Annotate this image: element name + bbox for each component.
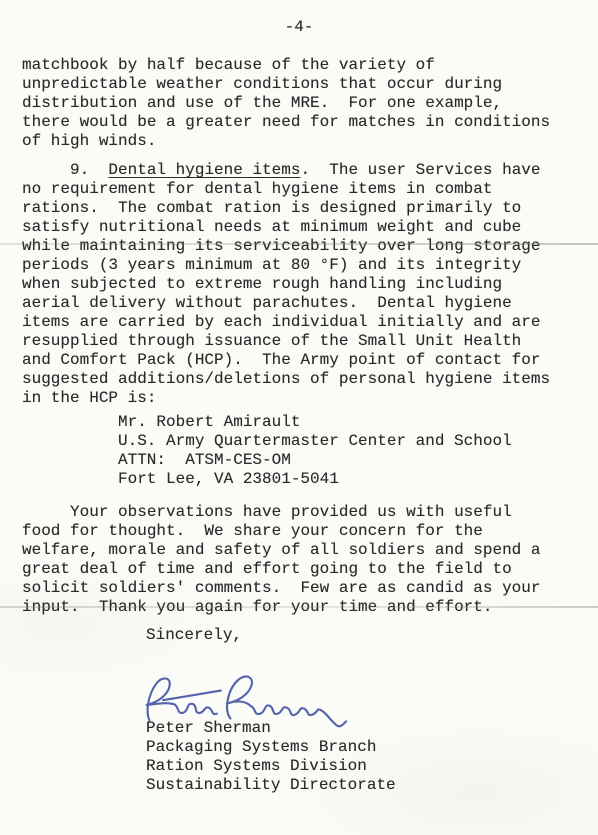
text-line: rations. The combat ration is designed p… [22,199,582,218]
text-line: aerial delivery without parachutes. Dent… [22,294,582,313]
text-line: when subjected to extreme rough handling… [22,275,582,294]
paragraph-dental-hygiene: 9. Dental hygiene items. The user Servic… [22,161,582,408]
paragraph-matchbook: matchbook by half because of the variety… [22,56,582,151]
item-number: 9. [22,161,108,179]
text-line: resupplied through issuance of the Small… [22,332,582,351]
text-line: of high winds. [22,132,582,151]
text-line: Your observations have provided us with … [22,503,582,522]
signer-directorate: Sustainability Directorate [146,776,396,795]
page-number: -4- [0,18,598,37]
contact-address-block: Mr. Robert Amirault U.S. Army Quartermas… [118,413,582,489]
contact-attn: ATTN: ATSM-CES-OM [118,451,582,470]
text-line: in the HCP is: [22,389,582,408]
signature-handwriting [136,670,348,740]
signer-branch: Packaging Systems Branch [146,738,396,757]
text-line: no requirement for dental hygiene items … [22,180,582,199]
contact-city-state-zip: Fort Lee, VA 23801-5041 [118,470,582,489]
text-line: food for thought. We share your concern … [22,522,582,541]
contact-organization: U.S. Army Quartermaster Center and Schoo… [118,432,582,451]
paragraph-closing: Your observations have provided us with … [22,503,582,617]
underlined-heading: Dental hygiene items [108,161,300,179]
text-line: items are carried by each individual ini… [22,313,582,332]
text-line: and Comfort Pack (HCP). The Army point o… [22,351,582,370]
scan-artifact-line-2 [0,606,598,608]
text-line: periods (3 years minimum at 80 °F) and i… [22,256,582,275]
heading-continuation: . The user Services have [300,161,540,179]
text-line: there would be a greater need for matche… [22,113,582,132]
text-line: great deal of time and effort going to t… [22,560,582,579]
text-line: matchbook by half because of the variety… [22,56,582,75]
text-line: distribution and use of the MRE. For one… [22,94,582,113]
text-line: unpredictable weather conditions that oc… [22,75,582,94]
text-line: while maintaining its serviceability ove… [22,237,582,256]
document-page: -4- matchbook by half because of the var… [0,0,598,835]
closing-salutation: Sincerely, [146,626,242,645]
text-line: satisfy nutritional needs at minimum wei… [22,218,582,237]
text-line: solicit soldiers' comments. Few are as c… [22,579,582,598]
text-line: 9. Dental hygiene items. The user Servic… [22,161,582,180]
contact-name: Mr. Robert Amirault [118,413,582,432]
signer-division: Ration Systems Division [146,757,396,776]
text-line: suggested additions/deletions of persona… [22,370,582,389]
text-line: welfare, morale and safety of all soldie… [22,541,582,560]
scan-artifact-line-1 [0,243,598,245]
